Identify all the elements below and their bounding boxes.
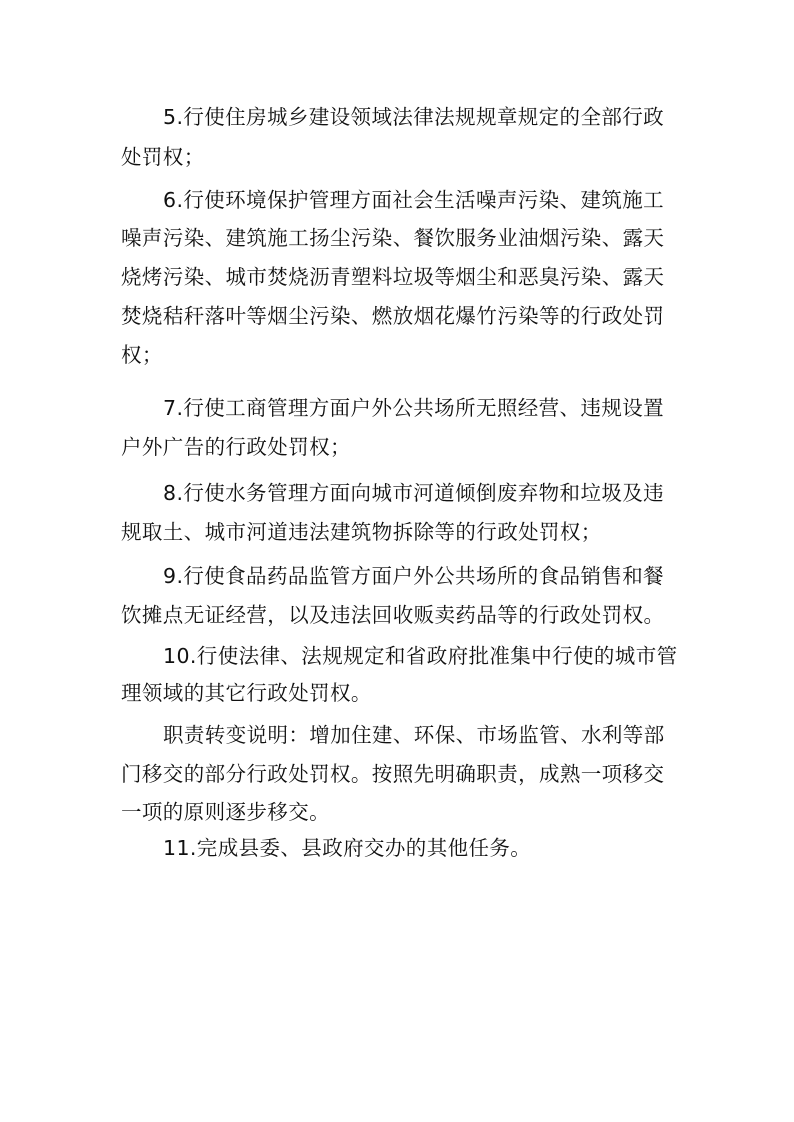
paragraph-item-7-line-2: 户外广告的行政处罚权； <box>121 434 681 460</box>
document-page: 5.行使住房城乡建设领域法律法规规章规定的全部行政 处罚权； 6.行使环境保护管… <box>0 0 794 1122</box>
responsibility-note-line-3: 一项的原则逐步移交。 <box>121 799 681 825</box>
paragraph-item-10-line-2: 理领域的其它行政处罚权。 <box>121 680 681 706</box>
paragraph-item-5-line-2: 处罚权； <box>121 144 681 170</box>
paragraph-item-6-line-1: 6.行使环境保护管理方面社会生活噪声污染、建筑施工 <box>163 187 723 213</box>
paragraph-item-11-line-1: 11.完成县委、县政府交办的其他任务。 <box>163 835 723 861</box>
responsibility-note-line-2: 门移交的部分行政处罚权。按照先明确职责，成熟一项移交 <box>121 761 681 787</box>
paragraph-item-8-line-1: 8.行使水务管理方面向城市河道倾倒废弃物和垃圾及违 <box>163 480 723 506</box>
responsibility-note-line-1: 职责转变说明：增加住建、环保、市场监管、水利等部 <box>163 722 723 748</box>
paragraph-item-9-line-1: 9.行使食品药品监管方面户外公共场所的食品销售和餐 <box>163 563 723 589</box>
paragraph-item-6-line-5: 权； <box>121 342 681 368</box>
paragraph-item-10-line-1: 10.行使法律、法规规定和省政府批准集中行使的城市管 <box>163 643 723 669</box>
paragraph-item-5-line-1: 5.行使住房城乡建设领域法律法规规章规定的全部行政 <box>163 104 723 130</box>
paragraph-item-6-line-3: 烧烤污染、城市焚烧沥青塑料垃圾等烟尘和恶臭污染、露天 <box>121 264 681 290</box>
paragraph-item-9-line-2: 饮摊点无证经营，以及违法回收贩卖药品等的行政处罚权。 <box>121 602 681 628</box>
paragraph-item-6-line-4: 焚烧秸秆落叶等烟尘污染、燃放烟花爆竹污染等的行政处罚 <box>121 303 681 329</box>
paragraph-item-7-line-1: 7.行使工商管理方面户外公共场所无照经营、违规设置 <box>163 395 723 421</box>
paragraph-item-8-line-2: 规取土、城市河道违法建筑物拆除等的行政处罚权； <box>121 519 681 545</box>
paragraph-item-6-line-2: 噪声污染、建筑施工扬尘污染、餐饮服务业油烟污染、露天 <box>121 225 681 251</box>
